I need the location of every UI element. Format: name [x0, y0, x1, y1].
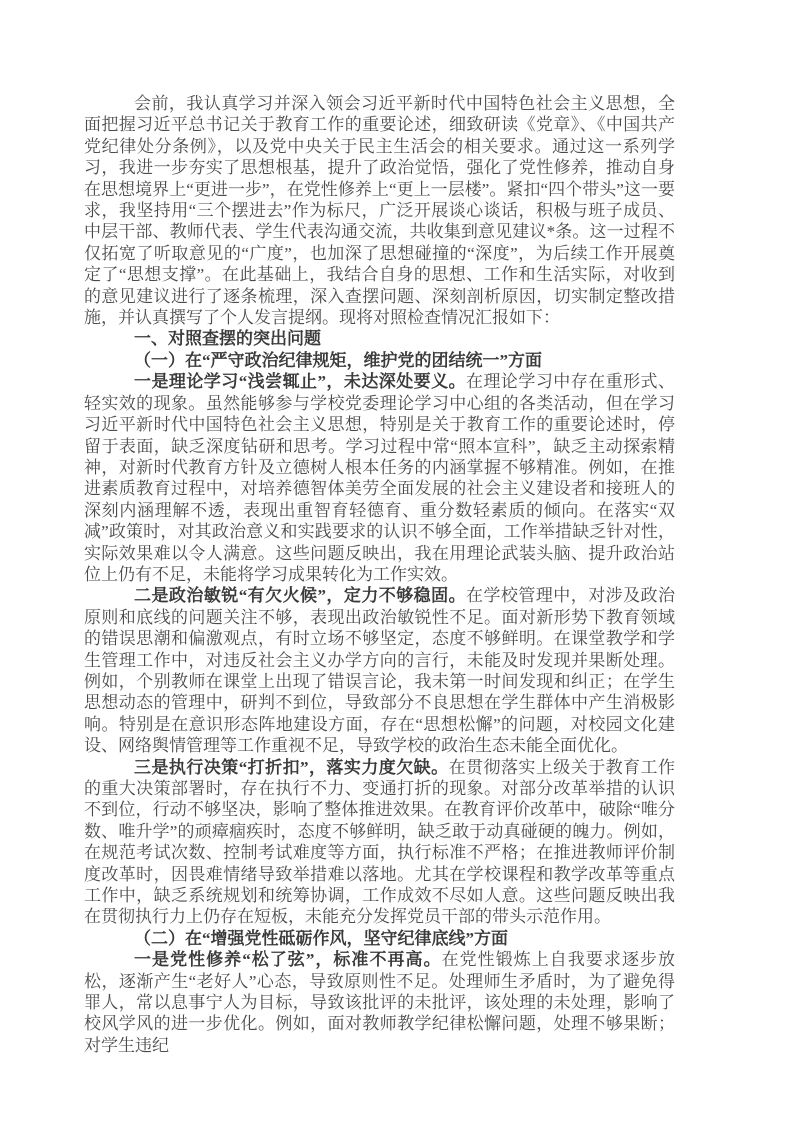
heading-paragraph: （一）在“严守政治纪律规矩，维护党的团结统一”方面 [84, 350, 675, 371]
bold-text-run: 二是政治敏锐“有欠火候”，定力不够稳固。 [134, 586, 466, 605]
body-paragraph: 一是理论学习“浅尝辄止”，未达深处要义。在理论学习中存在重形式、轻实效的现象。虽… [84, 371, 675, 585]
bold-text-run: （二）在“增强党性砥砺作风，坚守纪律底线”方面 [134, 929, 508, 948]
text-run: 在学校管理中，对涉及政治原则和底线的问题关注不够，表现出政治敏锐性不足。面对新形… [84, 586, 675, 755]
body-paragraph: 会前，我认真学习并深入领会习近平新时代中国特色社会主义思想，全面把握习近平总书记… [84, 93, 675, 328]
text-run: 在贯彻落实上级关于教育工作的重大决策部署时，存在执行不力、变通打折的现象。对部分… [84, 758, 675, 927]
bold-text-run: 一、对照查摆的突出问题 [134, 329, 321, 348]
document-body: 会前，我认真学习并深入领会习近平新时代中国特色社会主义思想，全面把握习近平总书记… [84, 93, 675, 1056]
document-page: 会前，我认真学习并深入领会习近平新时代中国特色社会主义思想，全面把握习近平总书记… [0, 0, 793, 1122]
bold-text-run: 一是党性修养“松了弦”，标准不再高。 [134, 950, 442, 969]
heading-paragraph: （二）在“增强党性砥砺作风，坚守纪律底线”方面 [84, 928, 675, 949]
bold-text-run: 一是理论学习“浅尝辄止”，未达深处要义。 [134, 372, 466, 391]
body-paragraph: 一是党性修养“松了弦”，标准不再高。在党性锻炼上自我要求逐步放松，逐渐产生“老好… [84, 949, 675, 1056]
bold-text-run: （一）在“严守政治纪律规矩，维护党的团结统一”方面 [134, 351, 542, 370]
body-paragraph: 三是执行决策“打折扣”，落实力度欠缺。在贯彻落实上级关于教育工作的重大决策部署时… [84, 757, 675, 928]
heading-paragraph: 一、对照查摆的突出问题 [84, 328, 675, 349]
bold-text-run: 三是执行决策“打折扣”，落实力度欠缺。 [134, 758, 449, 777]
body-paragraph: 二是政治敏锐“有欠火候”，定力不够稳固。在学校管理中，对涉及政治原则和底线的问题… [84, 585, 675, 756]
text-run: 会前，我认真学习并深入领会习近平新时代中国特色社会主义思想，全面把握习近平总书记… [84, 94, 675, 327]
text-run: 在理论学习中存在重形式、轻实效的现象。虽然能够参与学校党委理论学习中心组的各类活… [84, 372, 675, 584]
